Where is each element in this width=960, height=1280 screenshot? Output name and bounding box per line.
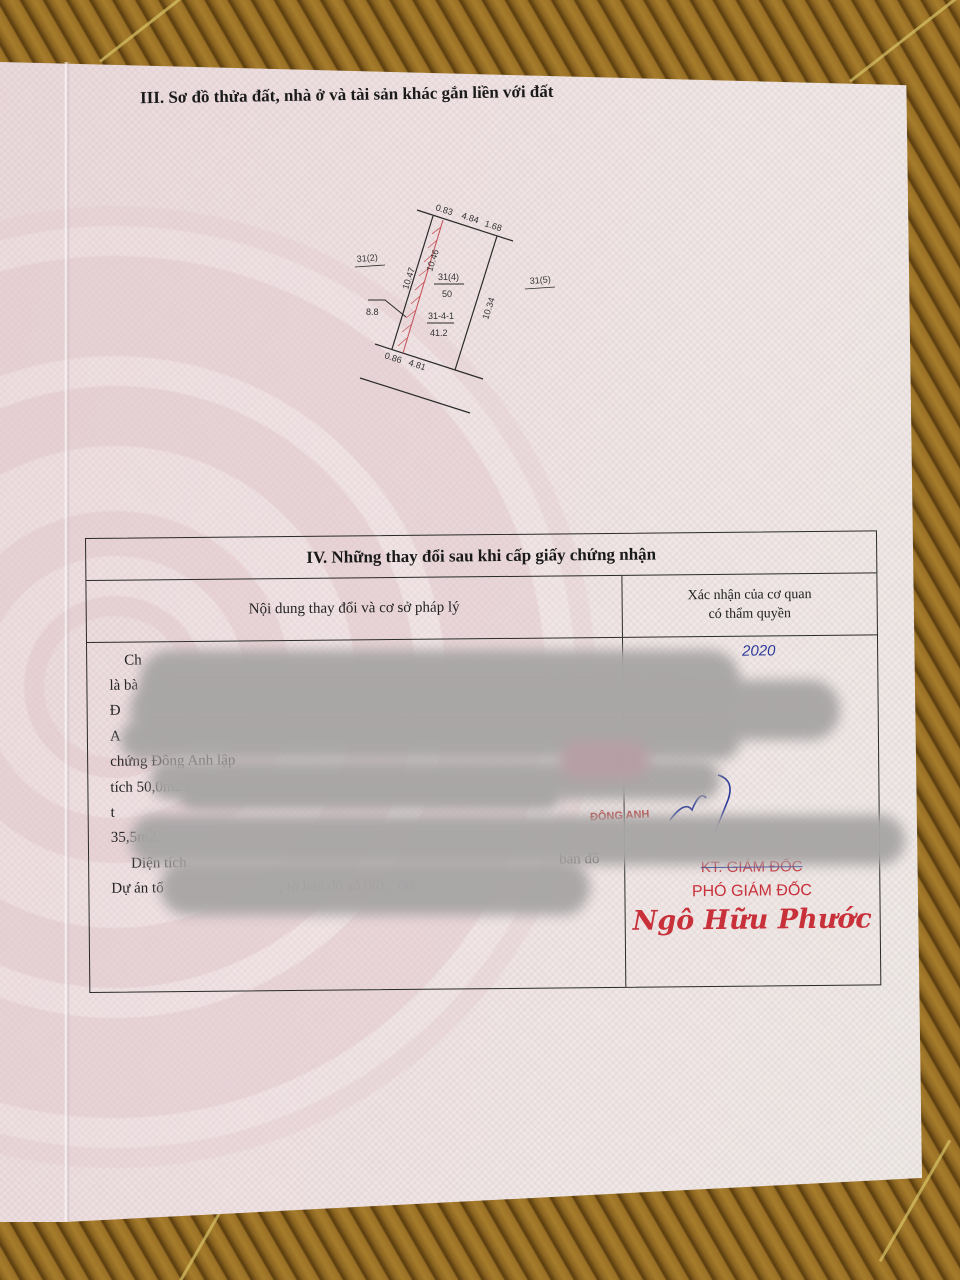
content-column-header: Nội dung thay đổi và cơ sở pháp lý [86, 576, 622, 642]
mat-thread [99, 0, 195, 63]
svg-text:41.2: 41.2 [430, 328, 448, 338]
land-parcel-sketch: 0.83 4.84 1.68 0.86 4.81 10.47 10.46 10.… [340, 190, 580, 420]
page-fold [64, 62, 70, 1222]
svg-text:31(5): 31(5) [529, 274, 551, 286]
redaction-blur [560, 740, 650, 780]
svg-text:1.68: 1.68 [483, 218, 503, 233]
svg-text:10.46: 10.46 [424, 248, 440, 273]
svg-text:10.34: 10.34 [480, 296, 496, 321]
svg-text:4.84: 4.84 [460, 210, 480, 225]
svg-text:31(4): 31(4) [438, 272, 459, 282]
mat-thread [849, 0, 960, 83]
confirmation-column-header: Xác nhận của cơ quan có thẩm quyền [621, 573, 877, 636]
date-handwritten: 2020 [742, 641, 877, 659]
table-header-row: Nội dung thay đổi và cơ sở pháp lý Xác n… [86, 573, 877, 643]
redaction-blur [130, 815, 905, 865]
svg-text:0.83: 0.83 [434, 202, 454, 217]
svg-text:8.8: 8.8 [366, 307, 379, 317]
svg-text:50: 50 [442, 289, 452, 299]
redaction-blur [180, 780, 560, 810]
svg-text:31(2): 31(2) [356, 252, 378, 264]
redaction-blur [160, 860, 590, 915]
signer-title: PHÓ GIÁM ĐỐC [624, 881, 879, 901]
change-content: Ch là bà Đ A chứng Đông Anh lập tích 50,… [87, 644, 622, 649]
signer-name: Ngô Hữu Phước [625, 903, 880, 936]
svg-text:31-4-1: 31-4-1 [428, 311, 454, 321]
